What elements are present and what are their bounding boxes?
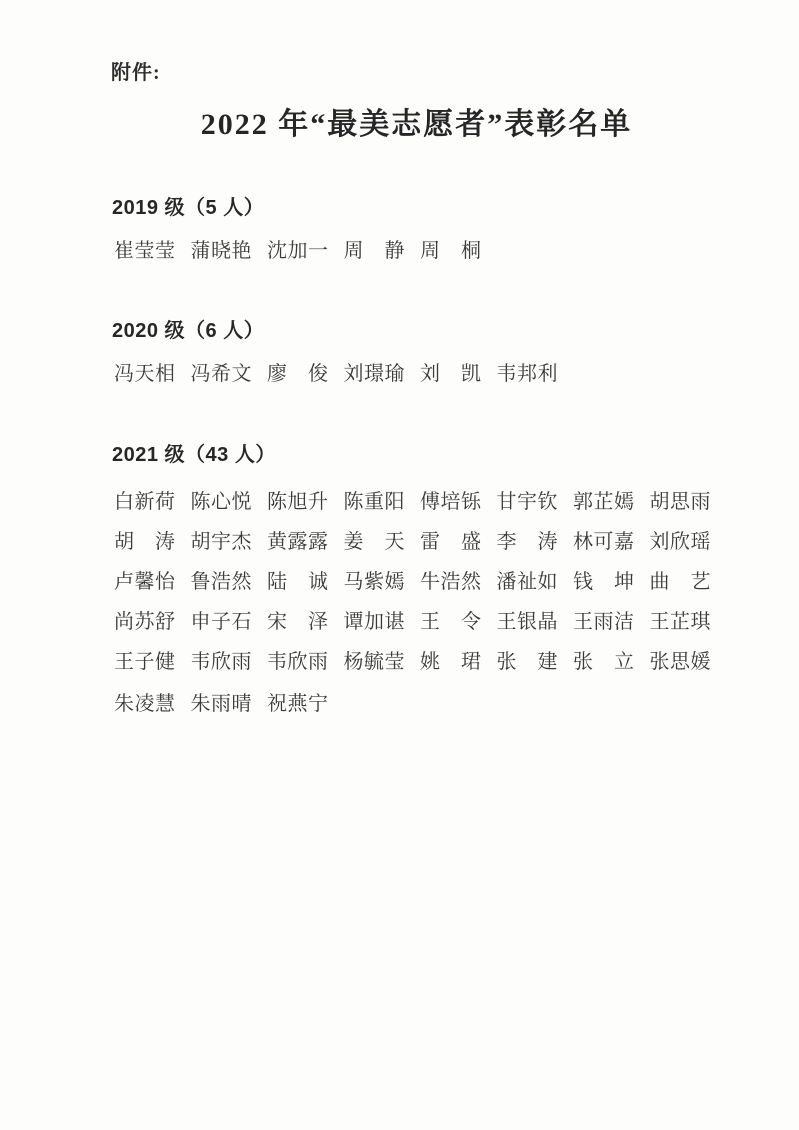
person-name: 卢馨怡 — [114, 565, 176, 594]
person-name: 白新荷 — [114, 485, 176, 514]
person-name: 郭芷嫣 — [573, 485, 635, 514]
person-name: 陈旭升 — [267, 485, 329, 514]
person-name: 甘宇钦 — [497, 485, 559, 514]
scanned-document-page: 附件: 2022 年“最美志愿者”表彰名单 2019 级（5 人） 崔莹莹蒲晓艳… — [0, 0, 799, 1130]
section-heading-2021: 2021 级（43 人） — [112, 438, 276, 467]
person-name: 李 涛 — [497, 525, 559, 554]
person-name: 胡思雨 — [650, 485, 712, 514]
person-name: 曲 艺 — [650, 565, 712, 594]
person-name: 张 立 — [573, 645, 635, 674]
person-name: 姜 天 — [344, 525, 406, 554]
person-name: 韦欣雨 — [267, 645, 329, 674]
attachment-label: 附件: — [111, 56, 161, 85]
person-name: 宋 泽 — [267, 605, 329, 634]
person-name: 朱雨晴 — [191, 687, 253, 716]
names-row: 崔莹莹蒲晓艳沈加一周 静周 桐 — [114, 234, 497, 263]
person-name: 鲁浩然 — [191, 565, 253, 594]
person-name: 崔莹莹 — [114, 234, 176, 263]
person-name: 陈重阳 — [344, 485, 406, 514]
person-name: 周 桐 — [420, 234, 482, 263]
person-name: 祝燕宁 — [267, 687, 329, 716]
person-name: 刘 凯 — [420, 357, 482, 386]
section-heading-2020: 2020 级（6 人） — [112, 314, 264, 343]
person-name: 姚 珺 — [420, 645, 482, 674]
person-name: 韦邦利 — [497, 357, 559, 386]
person-name: 潘祉如 — [497, 565, 559, 594]
person-name: 王子健 — [114, 645, 176, 674]
names-row: 卢馨怡鲁浩然陆 诚马紫嫣牛浩然潘祉如钱 坤曲 艺 — [114, 565, 726, 594]
person-name: 杨毓莹 — [344, 645, 406, 674]
person-name: 朱凌慧 — [114, 687, 176, 716]
person-name: 张思媛 — [650, 645, 712, 674]
person-name: 王雨洁 — [573, 605, 635, 634]
person-name: 胡宇杰 — [191, 525, 253, 554]
names-row: 王子健韦欣雨韦欣雨杨毓莹姚 珺张 建张 立张思媛 — [114, 645, 726, 674]
person-name: 王银晶 — [497, 605, 559, 634]
person-name: 冯希文 — [191, 357, 253, 386]
section-heading-2019: 2019 级（5 人） — [112, 191, 264, 220]
person-name: 胡 涛 — [114, 525, 176, 554]
person-name: 沈加一 — [267, 234, 329, 263]
person-name: 雷 盛 — [420, 525, 482, 554]
person-name: 陆 诚 — [267, 565, 329, 594]
person-name: 尚苏舒 — [114, 605, 176, 634]
person-name: 谭加谌 — [344, 605, 406, 634]
person-name: 马紫嫣 — [344, 565, 406, 594]
names-row: 胡 涛胡宇杰黄露露姜 天雷 盛李 涛林可嘉刘欣瑶 — [114, 525, 726, 554]
person-name: 张 建 — [497, 645, 559, 674]
person-name: 黄露露 — [267, 525, 329, 554]
names-row: 白新荷陈心悦陈旭升陈重阳傅培铄甘宇钦郭芷嫣胡思雨 — [114, 485, 726, 514]
person-name: 陈心悦 — [191, 485, 253, 514]
document-title: 2022 年“最美志愿者”表彰名单 — [0, 99, 799, 143]
person-name: 傅培铄 — [420, 485, 482, 514]
person-name: 钱 坤 — [573, 565, 635, 594]
person-name: 刘璟瑜 — [344, 357, 406, 386]
person-name: 冯天相 — [114, 357, 176, 386]
person-name: 蒲晓艳 — [191, 234, 253, 263]
person-name: 韦欣雨 — [191, 645, 253, 674]
person-name: 周 静 — [344, 234, 406, 263]
names-row: 尚苏舒申子石宋 泽谭加谌王 令王银晶王雨洁王芷琪 — [114, 605, 726, 634]
person-name: 王芷琪 — [650, 605, 712, 634]
person-name: 廖 俊 — [267, 357, 329, 386]
person-name: 林可嘉 — [573, 525, 635, 554]
person-name: 王 令 — [420, 605, 482, 634]
person-name: 刘欣瑶 — [650, 525, 712, 554]
names-row: 朱凌慧朱雨晴祝燕宁 — [114, 687, 344, 716]
person-name: 牛浩然 — [420, 565, 482, 594]
names-row: 冯天相冯希文廖 俊刘璟瑜刘 凯韦邦利 — [114, 357, 573, 386]
person-name: 申子石 — [191, 605, 253, 634]
